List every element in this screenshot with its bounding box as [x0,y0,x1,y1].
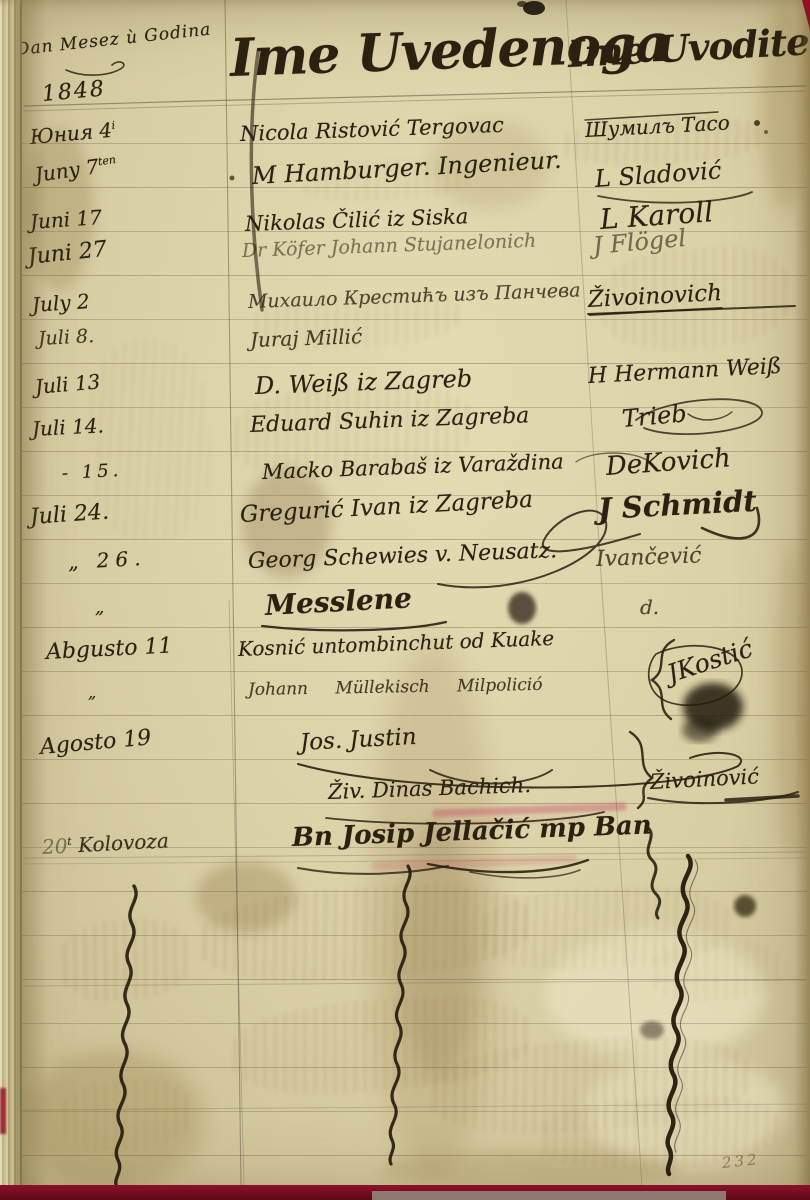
manuscript-page: Dan Mesez ù Godina 1848 Ime Uvedenoga Im… [0,0,810,1200]
binding-gutter-shadow [22,0,48,1200]
entry-date: „ [88,683,96,702]
entry-name: Juraj Millić [250,324,363,352]
entry-date: - 15. [61,460,122,484]
table-edge-bottom [0,1185,810,1200]
table-edge-gray-patch [372,1191,726,1200]
entry-introducer: Trieb [621,399,688,433]
entry-introducer: d. [640,595,659,619]
entry-introducer: Ivančević [596,543,702,572]
entry-date: „ [95,597,104,618]
entry-date: „ 26. [67,546,147,574]
table-edge-left-sliver [0,1088,6,1134]
book-binding-edge [0,0,22,1200]
page-right-edge [794,0,810,1200]
